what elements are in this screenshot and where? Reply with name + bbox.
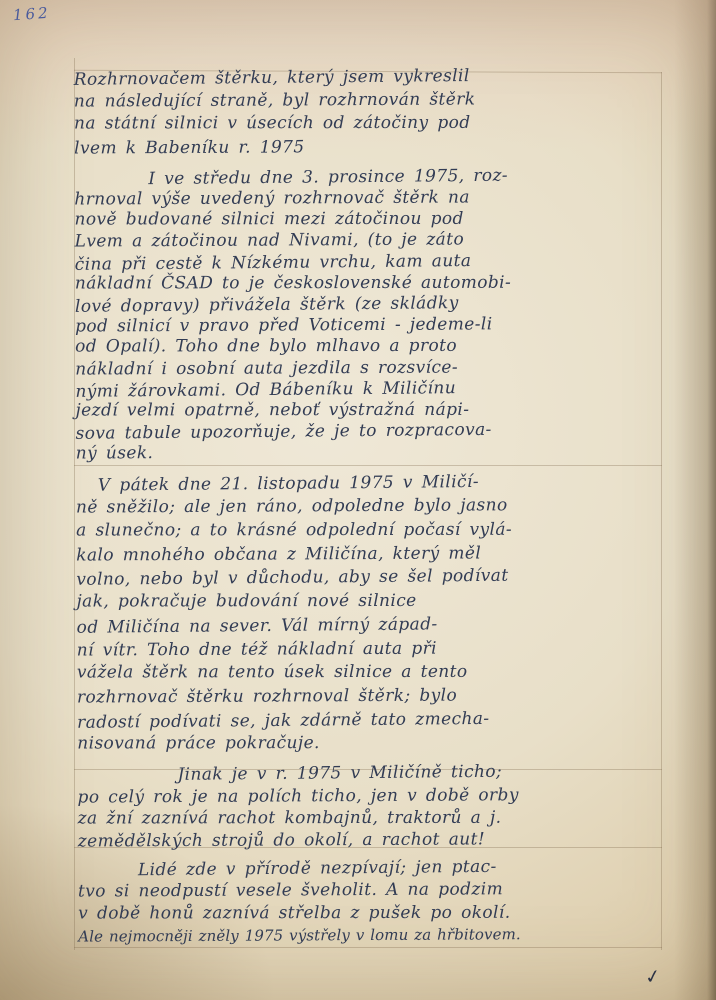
handwritten-line: Ale nejmocněji zněly 1975 výstřely v lom…: [78, 922, 664, 947]
handwritten-line: vážela štěrk na tento úsek silnice a ten…: [77, 661, 663, 686]
paragraph: Lidé zde v přírodě nezpívají; jen ptac-t…: [78, 855, 664, 948]
checkmark-icon: ✓: [643, 965, 663, 989]
handwritten-line: a slunečno; a to krásné odpolední počasí…: [76, 519, 662, 544]
handwritten-line: za žní zaznívá rachot kombajnů, traktorů…: [78, 806, 664, 829]
handwritten-line: lvem k Babeníku r. 1975: [74, 134, 660, 160]
page-number: 162: [12, 4, 51, 25]
handwritten-line: čina při cestě k Nízkému vrchu, kam auta: [75, 249, 661, 276]
handwritten-line: tvo si neodpustí vesele šveholit. A na p…: [78, 878, 664, 903]
handwritten-line: ní vítr. Toho dne též nákladní auta při: [77, 636, 663, 663]
paragraph: Rozhrnovačem štěrku, který jsem vykresli…: [74, 64, 660, 160]
handwritten-line: na státní silnici v úsecích od zátočiny …: [74, 112, 660, 136]
handwritten-line: od Opalí). Toho dne bylo mlhavo a proto: [75, 336, 661, 358]
paragraph: Jinak je v r. 1975 v Miličíně ticho;po c…: [77, 761, 663, 854]
handwritten-line: volno, nebo byl v důchodu, aby se šel po…: [76, 564, 662, 593]
handwritten-line: v době honů zaznívá střelba z pušek po o…: [78, 901, 664, 924]
handwritten-line: nisovaná práce pokračuje.: [77, 732, 663, 757]
handwritten-line: na následující straně, byl rozhrnován št…: [74, 88, 660, 114]
handwritten-line: nově budované silnici mezi zátočinou pod: [74, 209, 660, 231]
handwritten-line: jak, pokračuje budování nové silnice: [76, 590, 662, 615]
handwritten-line: pod silnicí v pravo před Voticemi - jede…: [75, 314, 661, 338]
handwritten-line: ně sněžilo; ale jen ráno, odpoledne bylo…: [76, 494, 662, 521]
paragraph: V pátek dne 21. listopadu 1975 v Miličí-…: [76, 470, 663, 758]
handwritten-line: zemědělských strojů do okolí, a rachot a…: [78, 828, 664, 853]
handwritten-text-block: Rozhrnovačem štěrku, který jsem vykresli…: [74, 64, 665, 947]
chronicle-page: 162 Rozhrnovačem štěrku, který jsem vykr…: [0, 0, 716, 1000]
handwritten-line: ný úsek.: [76, 441, 662, 465]
paragraph: I ve středu dne 3. prosince 1975, roz-hr…: [74, 165, 662, 465]
handwritten-line: po celý rok je na polích ticho, jen v do…: [77, 783, 663, 808]
